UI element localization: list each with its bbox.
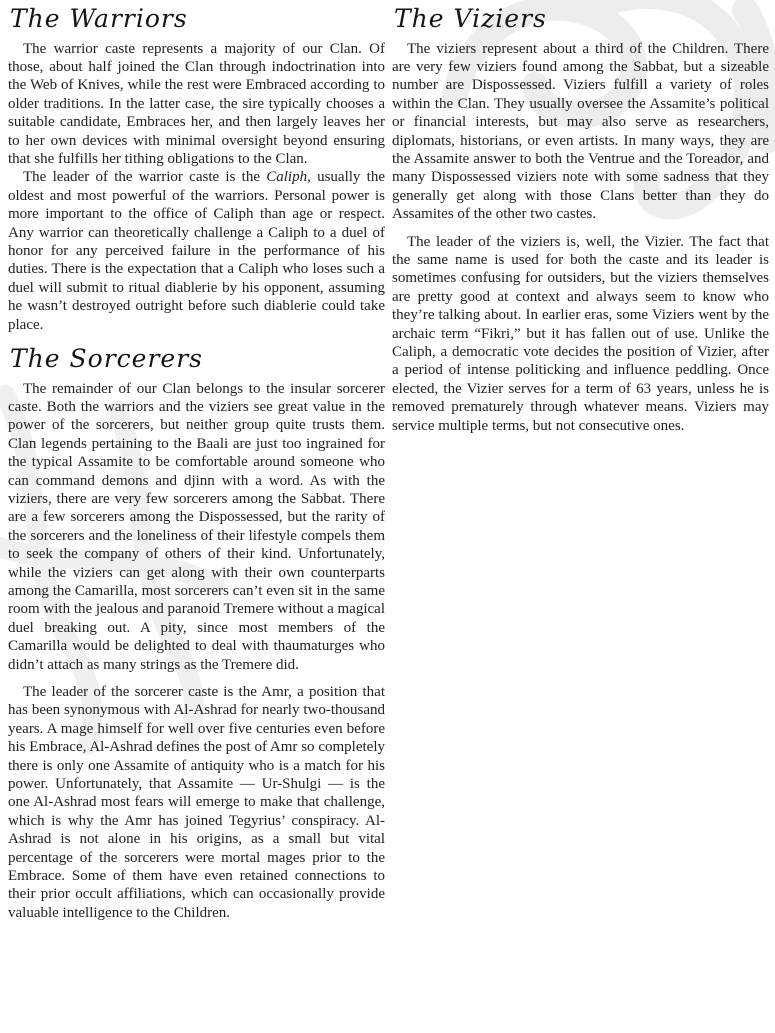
body-text: The leader of the viziers is, well, the …: [392, 234, 769, 434]
section: The SorcerersThe remainder of our Clan b…: [8, 343, 385, 922]
body-paragraph: The warrior caste represents a majority …: [8, 40, 385, 169]
section-title: The Warriors: [8, 3, 385, 33]
section: The WarriorsThe warrior caste represents…: [8, 3, 385, 334]
body-paragraph: The leader of the sorcerer caste is the …: [8, 683, 385, 922]
body-text: The leader of the warrior caste is the: [23, 169, 266, 185]
right-column: The ViziersThe viziers represent about a…: [392, 3, 769, 435]
section-title: The Viziers: [392, 3, 769, 33]
body-paragraph: The leader of the warrior caste is the C…: [8, 168, 385, 334]
body-paragraph: The viziers represent about a third of t…: [392, 40, 769, 224]
body-text: The remainder of our Clan belongs to the…: [8, 381, 385, 673]
body-text: The warrior caste represents a majority …: [8, 41, 385, 167]
book-page: The WarriorsThe warrior caste represents…: [0, 0, 775, 1033]
body-text: The leader of the sorcerer caste is the …: [8, 684, 385, 921]
body-text: The viziers represent about a third of t…: [392, 41, 769, 223]
body-paragraph: The remainder of our Clan belongs to the…: [8, 380, 385, 675]
left-column: The WarriorsThe warrior caste represents…: [8, 3, 385, 922]
emphasized-text: Caliph: [266, 169, 307, 185]
section-title: The Sorcerers: [8, 343, 385, 373]
section: The ViziersThe viziers represent about a…: [392, 3, 769, 435]
body-text: , usually the oldest and most powerful o…: [8, 169, 385, 332]
body-paragraph: The leader of the viziers is, well, the …: [392, 233, 769, 435]
